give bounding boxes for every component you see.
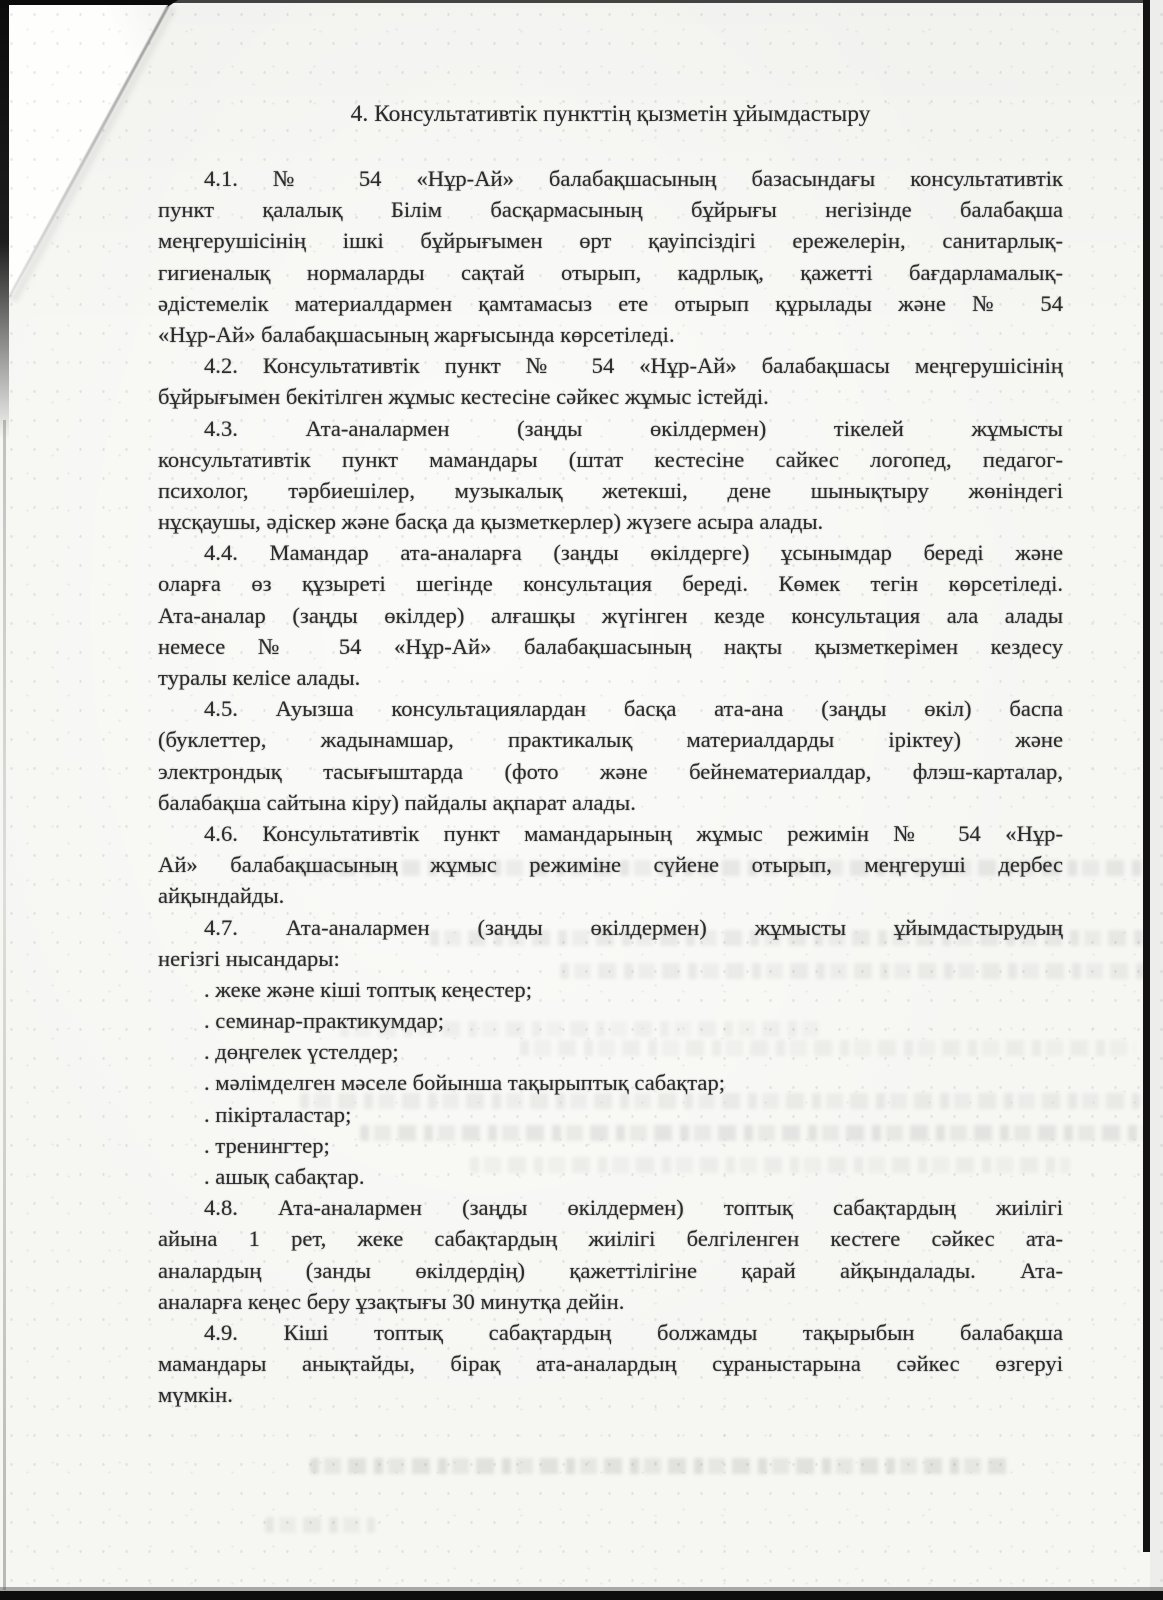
text-line: Ай» балабақшасының жұмыс режиміне сүйене…: [158, 849, 1063, 880]
scanner-edge-right: [1143, 0, 1150, 1552]
text-line: әдістемелік материалдармен қамтамасыз ет…: [158, 288, 1063, 319]
scanner-edge-bottom: [0, 1591, 1163, 1600]
scanned-document: 4. Консультативтік пункттің қызметін ұйы…: [0, 0, 1163, 1600]
text-line: балабақша сайтына кіру) пайдалы ақпарат …: [158, 787, 1063, 818]
text-line: немесе № 54 «Нұр-Ай» балабақшасының нақт…: [158, 631, 1063, 662]
text-line: . тренингтер;: [158, 1130, 1063, 1161]
text-line: электрондық тасығыштарда (фото және бейн…: [158, 756, 1063, 787]
document-body: 4. Консультативтік пункттің қызметін ұйы…: [158, 99, 1063, 1411]
text-line: . семинар-практикумдар;: [158, 1005, 1063, 1036]
scanner-edge-left: [0, 0, 9, 440]
text-line: меңгерушісінің ішкі бұйрығымен өрт қауіп…: [158, 225, 1063, 256]
text-line: 4.8. Ата-аналармен (заңды өкілдермен) то…: [158, 1192, 1063, 1223]
text-line: бұйрығымен бекітілген жұмыс кестесіне сә…: [158, 381, 1063, 412]
text-line: 4.2. Консультативтік пункт № 54 «Нұр-Ай»…: [158, 350, 1063, 381]
text-line: аналарға кеңес беру ұзақтығы 30 минутқа …: [158, 1286, 1063, 1317]
text-line: негізгі нысандары:: [158, 943, 1063, 974]
text-line: 4.4. Мамандар ата-аналарға (заңды өкілде…: [158, 537, 1063, 568]
document-title: 4. Консультативтік пункттің қызметін ұйы…: [158, 99, 1063, 130]
text-line: консультативтік пункт мамандары (штат ке…: [158, 444, 1063, 475]
text-line: «Нұр-Ай» балабақшасының жарғысында көрсе…: [158, 319, 1063, 350]
text-flow: 4.1. № 54 «Нұр-Ай» балабақшасының базасы…: [158, 163, 1063, 1411]
text-line: 4.7. Ата-аналармен (заңды өкілдермен) жұ…: [158, 912, 1063, 943]
page-edge-right: [1150, 0, 1163, 1600]
text-line: 4.1. № 54 «Нұр-Ай» балабақшасының базасы…: [158, 163, 1063, 194]
text-line: . жеке және кіші топтық кеңестер;: [158, 974, 1063, 1005]
bleedthrough-artifact: [265, 1517, 375, 1533]
page-edge-left: [3, 420, 6, 1590]
text-line: аналардың (занды өкілдердің) қажеттілігі…: [158, 1255, 1063, 1286]
text-line: . мәлімделген мәселе бойынша тақырыптық …: [158, 1067, 1063, 1098]
text-line: мүмкін.: [158, 1379, 1063, 1410]
text-line: . дөңгелек үстелдер;: [158, 1036, 1063, 1067]
text-line: пункт қалалық Білім басқармасының бұйрығ…: [158, 194, 1063, 225]
text-line: 4.3. Ата-аналармен (заңды өкілдермен) ті…: [158, 413, 1063, 444]
text-line: (буклеттер, жадынамшар, практикалық мате…: [158, 724, 1063, 755]
text-line: айына 1 рет, жеке сабақтардың жиілігі бе…: [158, 1223, 1063, 1254]
text-line: . ашық сабақтар.: [158, 1161, 1063, 1192]
text-line: психолог, тәрбиешілер, музыкалық жетекші…: [158, 475, 1063, 506]
text-line: 4.9. Кіші топтық сабақтардың болжамды та…: [158, 1317, 1063, 1348]
text-line: мамандары анықтайды, бірақ ата-аналардың…: [158, 1348, 1063, 1379]
text-line: туралы келісе алады.: [158, 662, 1063, 693]
text-line: нұсқаушы, әдіскер және басқа да қызметке…: [158, 506, 1063, 537]
text-line: 4.6. Консультативтік пункт мамандарының …: [158, 818, 1063, 849]
text-line: Ата-аналар (заңды өкілдер) алғашқы жүгін…: [158, 600, 1063, 631]
bleedthrough-artifact: [310, 1458, 1010, 1474]
text-line: 4.5. Ауызша консультациялардан басқа ата…: [158, 693, 1063, 724]
text-line: . пікірталастар;: [158, 1099, 1063, 1130]
text-line: айқындайды.: [158, 880, 1063, 911]
text-line: гигиеналық нормаларды сақтай отырып, кад…: [158, 257, 1063, 288]
text-line: оларға өз құзыреті шегінде консультация …: [158, 568, 1063, 599]
